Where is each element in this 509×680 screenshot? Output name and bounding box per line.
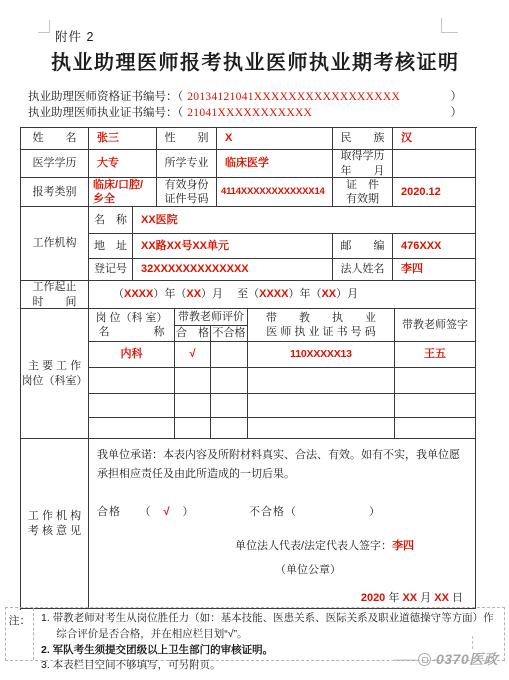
form-table: 姓 名 张三 性 别 X 民 族 汉 医学学历 大专 所学专业 临床医学 取得学… [20, 127, 477, 610]
positions-col-pass: 合 格 [175, 326, 211, 342]
positions-col-department: 岗 位（科 室） 名 称 [89, 309, 175, 342]
name-value: 张三 [89, 128, 157, 150]
name-label: 姓 名 [21, 128, 89, 150]
main-positions-side-label: 主 要 工 作 岗位（科室） [21, 309, 89, 439]
position-row-pass-check: √ [175, 342, 211, 368]
watermark-dash: —— [394, 652, 416, 666]
education-value: 大专 [89, 150, 157, 178]
practice-certificate-number-line: 执业助理医师执业证书编号：（ 21041XXXXXXXXXXX ） [28, 106, 462, 121]
qualification-certificate-value: 20134121041XXXXXXXXXXXXXXXXX [187, 90, 400, 105]
closing-paren: ） [451, 90, 463, 105]
registration-value: 32XXXXXXXXXXXXX [133, 259, 333, 281]
org-address-value: XX路XX号XX单元 [133, 234, 333, 259]
attachment-label: 附件 2 [55, 27, 94, 45]
exam-category-label: 报考类别 [21, 178, 89, 207]
legal-person-value: 李四 [393, 259, 476, 281]
positions-col-teacher-cert: 带 教 执 业 医 师 执 业 证 书 号 码 [248, 309, 395, 342]
document-page: 附件 2 执业助理医师报考执业医师执业期考核证明 执业助理医师资格证书编号：（ … [0, 0, 509, 680]
note-item-1: 1. 带教老师对考生从岗位胜任力（如：基本技能、医患关系、医际关系及职业道德操守… [41, 611, 498, 643]
education-date-label: 取得学历 年 月 [333, 150, 393, 178]
document-title: 执业助理医师报考执业医师执业期考核证明 [51, 46, 461, 75]
position-row-teacher-cert [248, 418, 395, 439]
position-row-fail-check [211, 394, 248, 418]
major-value: 临床医学 [217, 150, 333, 178]
work-org-label: 工作机构 [21, 207, 89, 281]
postcode-value: 476XXX [393, 234, 476, 259]
position-row-department: 内科 [89, 342, 175, 368]
position-row-fail-check [211, 368, 248, 394]
assessment-side-label: 工 作 机 构 考 核 意 见 [21, 439, 89, 609]
org-address-label: 地 址 [89, 234, 133, 259]
work-period-value: （ XXXX ）年（ XX ）月 至（ XXXX ）年（ XX ）月 [89, 281, 476, 309]
position-row-teacher-sign [395, 394, 476, 418]
position-row-fail-check [211, 342, 248, 368]
ethnicity-label: 民 族 [333, 128, 393, 150]
practice-certificate-value: 21041XXXXXXXXXXX [187, 106, 312, 121]
position-row-department [89, 394, 175, 418]
legal-representative-sign-line: 单位法人代表/法定代表人签字：李四 [235, 539, 414, 553]
education-date-value [393, 150, 476, 178]
practice-certificate-label: 执业助理医师执业证书编号：（ [28, 106, 183, 121]
notes-label: 注： [6, 608, 34, 660]
position-row-teacher-cert [248, 368, 395, 394]
position-row-department [89, 368, 175, 394]
org-name-value: XX医院 [133, 207, 476, 234]
position-row-teacher-sign [395, 368, 476, 394]
position-row-fail-check [211, 418, 248, 439]
ethnicity-value: 汉 [393, 128, 476, 150]
closing-paren: ） [451, 106, 463, 121]
watermark: —— - 0370医政 [394, 649, 498, 669]
unit-seal-note: （单位公章） [275, 563, 341, 577]
work-period-label: 工作起止 时 间 [21, 281, 89, 309]
watermark-text: 0370医政 [436, 649, 498, 669]
position-row-pass-check [175, 368, 211, 394]
registration-label: 登记号 [89, 259, 133, 281]
positions-col-fail: 不合格 [211, 326, 248, 342]
gender-value: X [217, 128, 333, 150]
position-row-pass-check [175, 394, 211, 418]
watermark-tick-mark [472, 636, 473, 649]
position-row-teacher-sign: 王五 [395, 342, 476, 368]
assessment-content: 我单位承诺：本表内容及所附材料真实、合法、有效。如有不实，我单位愿承担相应责任及… [89, 439, 476, 609]
position-row-teacher-cert: 110XXXXX13 [248, 342, 395, 368]
id-number-value: 4114XXXXXXXXXXXX14 [217, 178, 333, 207]
legal-person-label: 法人姓名 [333, 259, 393, 281]
assessment-qualified-line: 合格 （ √ ） 不合格（ ） [97, 505, 381, 519]
page-margin-mark-top-right [441, 18, 458, 33]
qualification-certificate-number-line: 执业助理医师资格证书编号：（ 20134121041XXXXXXXXXXXXXX… [28, 90, 462, 105]
positions-col-teacher-sign: 带教老师签字 [395, 309, 476, 342]
page-margin-mark-top-left [38, 20, 50, 33]
id-validity-label: 证 件 有效期 [333, 178, 393, 207]
position-row-teacher-sign [395, 418, 476, 439]
assessment-promise-text: 我单位承诺：本表内容及所附材料真实、合法、有效。如有不实，我单位愿承担相应责任及… [97, 446, 467, 485]
position-row-pass-check [175, 418, 211, 439]
id-number-label: 有效身份 证件号码 [157, 178, 217, 207]
exam-category-value: 临床/口腔/ 乡全 [89, 178, 157, 207]
positions-col-teacher-eval: 带教老师评价 [175, 309, 248, 326]
id-validity-value: 2020.12 [393, 178, 476, 207]
postcode-label: 邮 编 [333, 234, 393, 259]
position-row-department [89, 418, 175, 439]
org-name-label: 名 称 [89, 207, 133, 234]
qualification-certificate-label: 执业助理医师资格证书编号：（ [28, 90, 183, 105]
major-label: 所学专业 [157, 150, 217, 178]
gender-label: 性 别 [157, 128, 217, 150]
assessment-date-line: 2020 年 XX 月 XX 日 [361, 591, 463, 605]
education-label: 医学学历 [21, 150, 89, 178]
watermark-logo-icon [418, 653, 431, 666]
position-row-teacher-cert [248, 394, 395, 418]
